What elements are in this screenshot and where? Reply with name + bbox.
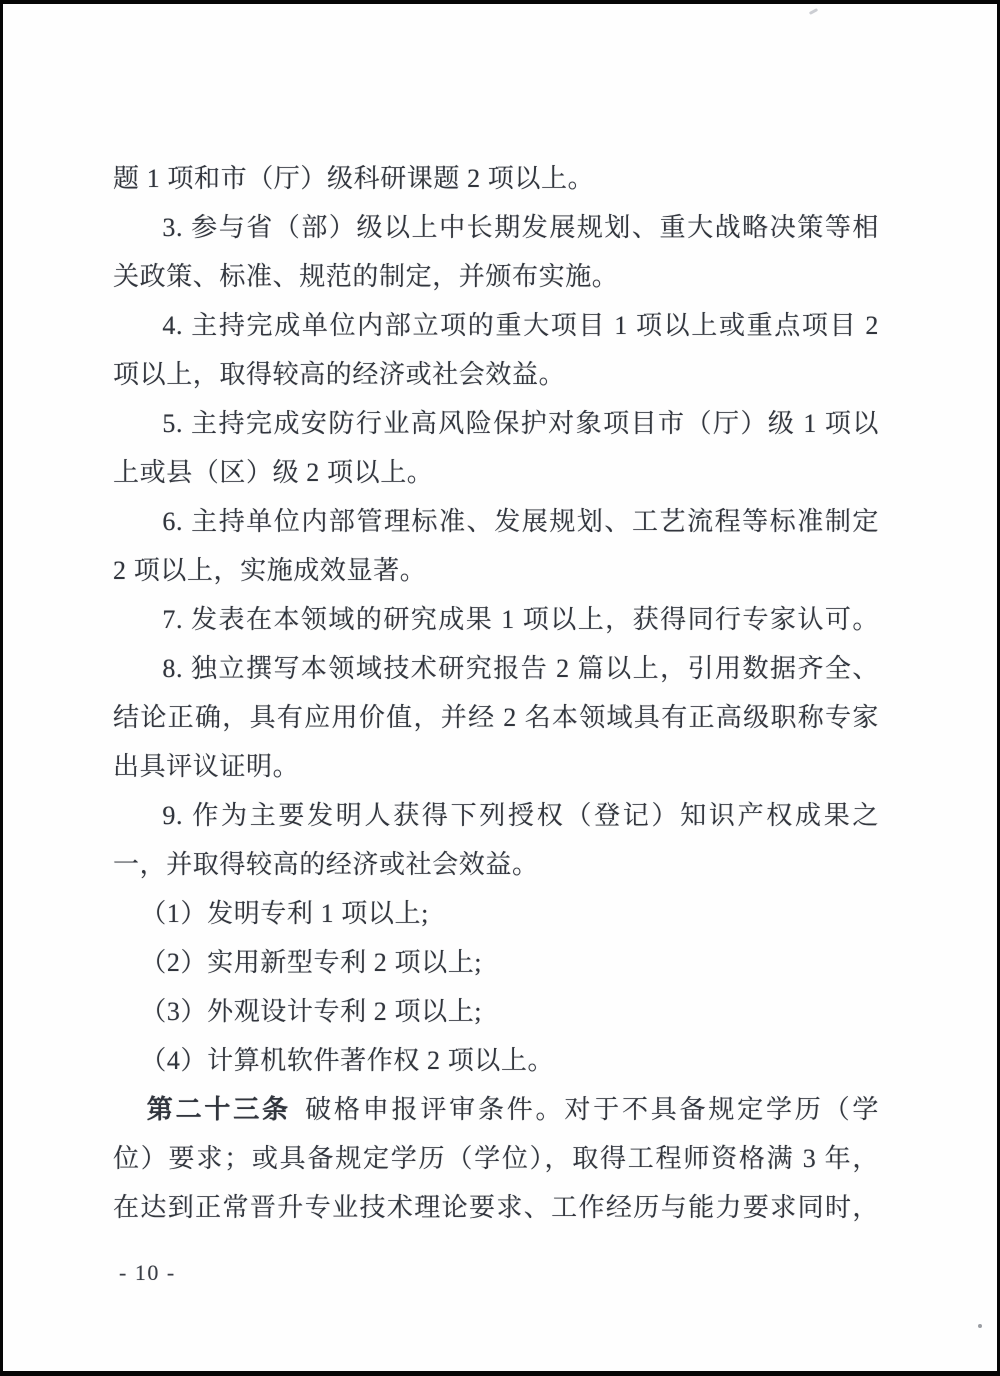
article-23-text: 破格申报评审条件。对于不具备规定学历（学 [305, 1095, 879, 1124]
article-23-line3: 在达到正常晋升专业技术理论要求、工作经历与能力要求同时， [113, 1183, 879, 1232]
item-5-line1: 5. 主持完成安防行业高风险保护对象项目市（厅）级 1 项以 [113, 399, 879, 448]
scan-speck-icon [978, 1324, 982, 1328]
para-continuation-line: 题 1 项和市（厅）级科研课题 2 项以上。 [113, 154, 879, 203]
item-8-line1: 8. 独立撰写本领域技术研究报告 2 篇以上，引用数据齐全、 [113, 644, 879, 693]
subitem-3-line: （3）外观设计专利 2 项以上; [113, 987, 879, 1036]
page-number: - 10 - [119, 1258, 176, 1288]
item-3-line1: 3. 参与省（部）级以上中长期发展规划、重大战略决策等相 [113, 203, 879, 252]
item-4-line2: 项以上，取得较高的经济或社会效益。 [113, 350, 879, 399]
item-6-line2: 2 项以上，实施成效显著。 [113, 546, 879, 595]
item-3-line2: 关政策、标准、规范的制定，并颁布实施。 [113, 252, 879, 301]
item-8-line2: 结论正确，具有应用价值，并经 2 名本领域具有正高级职称专家 [113, 693, 879, 742]
scan-speck-icon [809, 8, 818, 15]
item-6-line1: 6. 主持单位内部管理标准、发展规划、工艺流程等标准制定 [113, 497, 879, 546]
item-4-line1: 4. 主持完成单位内部立项的重大项目 1 项以上或重点项目 2 [113, 301, 879, 350]
item-9-line2: 一，并取得较高的经济或社会效益。 [113, 840, 879, 889]
item-5-line2: 上或县（区）级 2 项以上。 [113, 448, 879, 497]
subitem-1-line: （1）发明专利 1 项以上; [113, 889, 879, 938]
article-23-line2: 位）要求；或具备规定学历（学位），取得工程师资格满 3 年， [113, 1134, 879, 1183]
scanned-document-page: 题 1 项和市（厅）级科研课题 2 项以上。 3. 参与省（部）级以上中长期发展… [0, 0, 1000, 1376]
document-body: 题 1 项和市（厅）级科研课题 2 项以上。 3. 参与省（部）级以上中长期发展… [113, 154, 879, 1232]
item-7-line: 7. 发表在本领域的研究成果 1 项以上，获得同行专家认可。 [113, 595, 879, 644]
item-8-line3: 出具评议证明。 [113, 742, 879, 791]
item-9-line1: 9. 作为主要发明人获得下列授权（登记）知识产权成果之 [113, 791, 879, 840]
article-23-number: 第二十三条 [147, 1095, 291, 1124]
subitem-4-line: （4）计算机软件著作权 2 项以上。 [113, 1036, 879, 1085]
article-23-line1: 第二十三条破格申报评审条件。对于不具备规定学历（学 [113, 1085, 879, 1134]
subitem-2-line: （2）实用新型专利 2 项以上; [113, 938, 879, 987]
